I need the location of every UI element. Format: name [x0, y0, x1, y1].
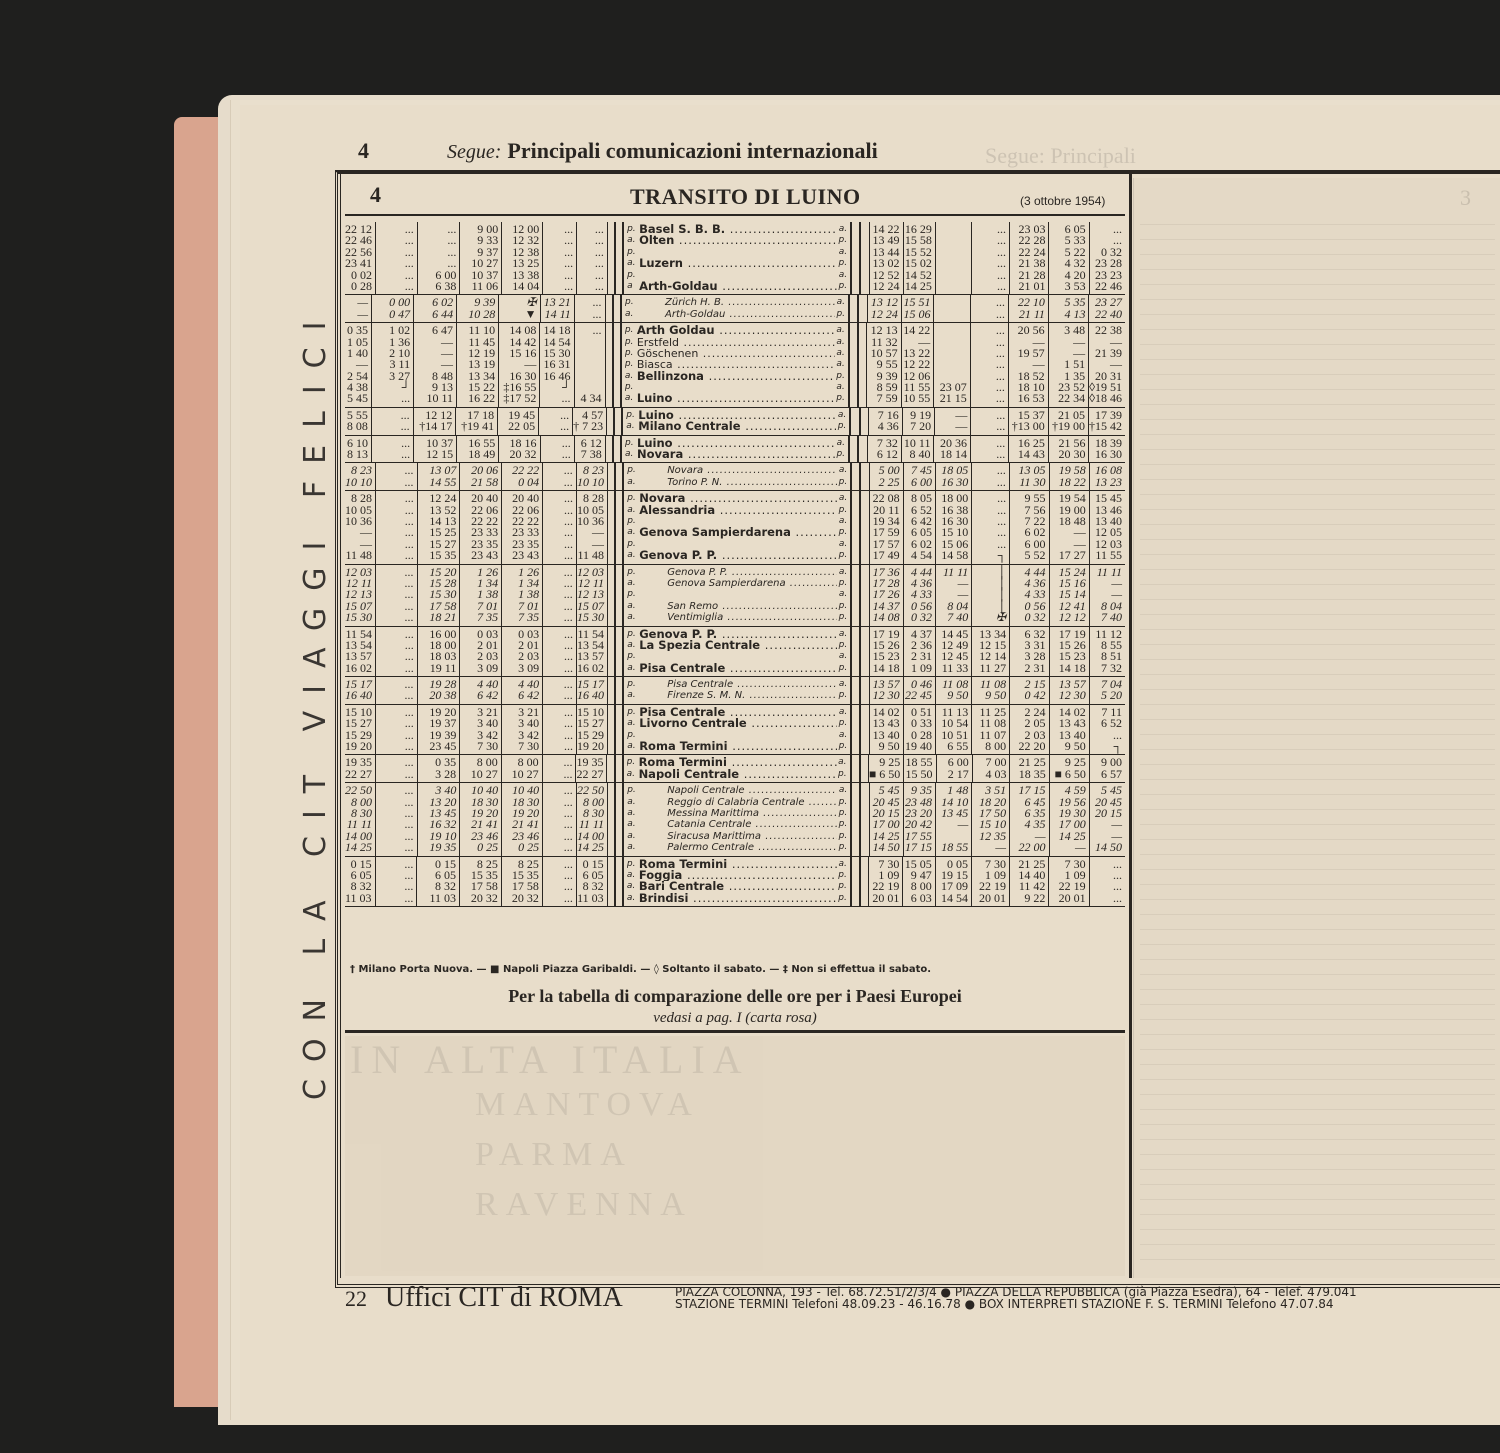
time-cell: 15 30: [345, 612, 372, 623]
time-cell: 12 24: [868, 309, 898, 320]
time-column: 1 261 341 387 017 35: [502, 565, 543, 626]
time-column: ..................: [543, 491, 577, 563]
arr-dep-marker: a.: [627, 258, 639, 269]
time-cell: 14 50: [870, 842, 900, 853]
time-column: 18 5515 50: [904, 755, 936, 782]
time-cell: ✠: [972, 612, 1006, 623]
time-cell: 16 40: [577, 690, 604, 701]
station-list: p.Genova P. P.a.a.Genova Sampierdarenap.…: [624, 565, 852, 626]
direction-line: [607, 755, 623, 782]
time-cell: 10 27: [502, 769, 539, 780]
arr-dep-marker: a: [627, 281, 639, 292]
time-cell: ...: [540, 393, 570, 404]
time-cell: 5 20: [1090, 690, 1122, 701]
station-row: p.Luinoa.: [625, 438, 845, 449]
arr-dep-marker: a.: [837, 707, 847, 718]
time-column: ......: [971, 436, 1009, 463]
time-cell: 15 06: [902, 309, 931, 320]
arr-dep-marker: a.: [835, 325, 845, 336]
time-cell: —: [1050, 842, 1086, 853]
time-cell: †13 00: [1009, 421, 1044, 432]
time-column: 21 2514 4011 429 22: [1010, 857, 1049, 907]
time-cell: 20 01: [1049, 893, 1085, 904]
arr-dep-marker: p.: [625, 382, 637, 393]
arr-dep-marker: p.: [837, 842, 847, 853]
time-column: 0 0519 1517 0914 54: [936, 857, 972, 907]
station-row: a.Firenze S. M. N.p.: [627, 690, 847, 701]
time-cell: 22 45: [904, 690, 932, 701]
time-cell: [934, 348, 967, 359]
time-column: 4 406 42: [460, 677, 502, 704]
time-cell: 12 30: [1050, 690, 1086, 701]
arr-dep-marker: p.: [627, 493, 639, 504]
timetable-block: 11 5413 5413 5716 02............16 0018 …: [345, 627, 1125, 678]
time-column: ..................: [376, 222, 418, 294]
time-column: 22 38—21 39—20 31◊19 51◊18 46: [1089, 323, 1125, 407]
arr-dep-marker: a.: [627, 718, 639, 729]
arr-dep-marker: a.: [625, 393, 637, 404]
time-column: 14 0814 4215 16—16 30‡16 55‡17 52: [499, 323, 540, 407]
arr-dep-marker: p.: [627, 757, 639, 768]
time-cell: 3 09: [502, 663, 539, 674]
time-cell: ...: [376, 842, 414, 853]
time-column: 7 116 52...┐: [1090, 705, 1125, 755]
time-column: ......: [543, 463, 577, 490]
station-list: p.Pisa Centralea.a.Livorno Centralep.p.a…: [624, 705, 852, 755]
time-cell: ...: [372, 393, 410, 404]
time-cell: 3 28: [418, 769, 456, 780]
time-column: 4 372 362 311 09: [904, 627, 936, 677]
time-cell: 14 25: [345, 842, 372, 853]
time-column: 9 3910 28: [457, 295, 499, 322]
station-row: a.Foggiap.: [627, 870, 847, 881]
time-cell: 11 48: [345, 550, 372, 561]
time-cell: —: [345, 309, 368, 320]
time-column: 6 002 17: [937, 755, 973, 782]
arr-dep-marker: p.: [836, 421, 846, 432]
arr-dep-marker: p.: [627, 465, 639, 476]
time-cell: 18 49: [457, 449, 495, 460]
arr-dep-marker: p.: [625, 325, 637, 336]
time-column: 0 351 051 40—2 544 385 45: [345, 323, 372, 407]
time-column: [936, 222, 972, 294]
time-column: 8 2310 10: [345, 463, 376, 490]
time-column: 20 3618 14: [934, 436, 971, 463]
time-cell: ...: [971, 449, 1005, 460]
time-cell: 14 25: [904, 281, 932, 292]
station-name: San Remo: [639, 601, 837, 612]
time-cell: 23 45: [418, 741, 457, 752]
time-cell: ...: [971, 309, 1005, 320]
time-cell: 16 30: [936, 477, 968, 488]
time-cell: [575, 359, 602, 370]
time-column: 12 12†14 17: [414, 408, 457, 435]
station-row: a.Luinop.: [625, 393, 845, 404]
time-cell: ...: [543, 663, 573, 674]
direction-line: [852, 491, 870, 563]
time-column: 19 2019 3719 3923 45: [418, 705, 461, 755]
time-cell: ...: [543, 690, 573, 701]
time-column: 11 089 50: [972, 677, 1010, 704]
station-name: Siracusa Marittima: [639, 831, 837, 842]
time-column: 15 1015 2715 2919 20: [577, 705, 608, 755]
time-column: ......: [539, 408, 573, 435]
arr-dep-marker: a.: [627, 640, 639, 651]
station-row: a.Messina Marittimap.: [627, 808, 847, 819]
time-column: 17 18†19 41: [456, 408, 498, 435]
time-cell: 8 40: [902, 449, 931, 460]
time-cell: ...: [1090, 893, 1122, 904]
time-column: ..................: [376, 491, 418, 563]
time-column: 14 0213 4313 409 50: [870, 705, 904, 755]
time-column: 0 156 058 3211 03: [417, 857, 460, 907]
time-cell: [936, 281, 968, 292]
direction-line: [852, 705, 870, 755]
time-column: 8 2810 0510 36——11 48: [577, 491, 608, 563]
time-cell: 22 27: [576, 769, 603, 780]
time-column: 4 444 364 330 560 32: [1010, 565, 1049, 626]
station-name: Luino: [637, 438, 835, 449]
time-column: ——: [345, 295, 372, 322]
station-name: Roma Termini: [639, 741, 837, 752]
station-name: Torino P. N.: [639, 477, 837, 488]
arr-dep-marker: a.: [627, 741, 639, 752]
time-column: ......: [543, 755, 577, 782]
arr-dep-marker: a.: [835, 438, 845, 449]
time-column: 5 002 25: [870, 463, 904, 490]
time-column: 7 456 00: [904, 463, 936, 490]
time-cell: 0 42: [1010, 690, 1045, 701]
station-row: a.Bari Centralep.: [627, 881, 847, 892]
time-column: 19 5818 22: [1050, 463, 1090, 490]
time-column: ✠▼: [499, 295, 540, 322]
timetable-block: 22 508 008 3011 1114 0014 25............…: [345, 783, 1125, 856]
station-name: Messina Marittima: [639, 808, 837, 819]
time-cell: 12 15: [414, 449, 453, 460]
time-column: 15 1716 40: [577, 677, 608, 704]
time-cell: ...: [539, 421, 569, 432]
time-column: 17 3617 2817 2614 3714 08: [870, 565, 904, 626]
time-column: 21 2518 35: [1010, 755, 1049, 782]
ghost-ad-text: MANTOVA: [475, 1086, 700, 1124]
station-row: a.Genova Sampierdarenap.: [627, 527, 847, 538]
direction-line: [850, 436, 868, 463]
time-column: 9 009 339 3710 2710 3711 06: [460, 222, 502, 294]
station-row: p.a.: [627, 516, 847, 527]
time-column: 11 1011 4512 1913 1913 3415 2216 22: [457, 323, 499, 407]
station-name: Biasca: [637, 359, 835, 370]
time-column: 5 4520 4520 15——14 50: [1090, 783, 1125, 855]
time-column: 20 4022 0622 2223 3323 3523 43: [502, 491, 543, 563]
station-name: Arth-Goldau: [637, 309, 835, 320]
arr-dep-marker: a.: [625, 309, 637, 320]
arr-dep-marker: p.: [837, 718, 847, 729]
station-list: p.Genova P. P.a.a.La Spezia Centralep.p.…: [624, 627, 852, 677]
time-column: 14 4512 4912 4511 33: [936, 627, 972, 677]
time-cell: 7 30: [502, 741, 539, 752]
time-cell: 14 58: [936, 550, 968, 561]
time-cell: [936, 270, 968, 281]
time-cell: 7 30: [460, 741, 498, 752]
direction-line: [606, 323, 622, 407]
time-cell: 7 40: [1090, 612, 1122, 623]
station-list: p.Basel S. B. B.a.a.Oltenp.p.a.a.Luzernp…: [624, 222, 852, 294]
time-cell: †19 00: [1049, 421, 1085, 432]
station-list: p.Arth Goldaua.p.Erstfelda.p.Göschenena.…: [622, 323, 850, 407]
time-cell: ...: [972, 477, 1006, 488]
station-name: Luzern: [639, 258, 837, 269]
arr-dep-marker: a.: [627, 601, 639, 612]
time-cell: 21 11: [1009, 309, 1045, 320]
timetable-block: 0 351 051 40—2 544 385 451 021 362 103 1…: [345, 323, 1125, 408]
arr-dep-marker: a.: [835, 348, 845, 359]
direction-line: [852, 755, 869, 782]
time-column: ......: [376, 463, 418, 490]
arr-dep-marker: a.: [627, 881, 639, 892]
station-list: p.Roma Terminia.a.Napoli Centralep.: [624, 755, 852, 782]
arr-dep-marker: p.: [627, 567, 639, 578]
time-cell: [936, 258, 968, 269]
time-cell: ...: [543, 281, 573, 292]
arr-dep-marker: p.: [837, 505, 847, 516]
time-column: 19 3522 27: [345, 755, 376, 782]
time-column: 4 5919 5619 3017 0014 25—: [1050, 783, 1090, 855]
time-column: 20 0621 58: [460, 463, 502, 490]
time-column: 10 4018 3019 2021 4123 460 25: [460, 783, 502, 855]
time-cell: 7 32: [1090, 663, 1122, 674]
arr-dep-marker: a.: [837, 730, 847, 741]
time-cell: ...: [543, 769, 573, 780]
arr-dep-marker: a.: [837, 651, 847, 662]
timetable-block: 22 1222 4622 5623 410 020 28............…: [345, 222, 1125, 295]
station-name: Livorno Centrale: [639, 718, 837, 729]
time-column: 15 2415 1615 1412 4112 12: [1050, 565, 1090, 626]
time-column: 7 301 0922 1920 01: [1049, 857, 1089, 907]
time-column: ......0 3223 2823 2322 46: [1090, 222, 1125, 294]
arr-dep-marker: a.: [626, 421, 638, 432]
station-row: a.Novarap.: [625, 449, 845, 460]
arr-dep-marker: a.: [837, 589, 847, 600]
time-column: 22 1222 4622 5623 410 020 28: [345, 222, 376, 294]
time-column: 0 353 28: [418, 755, 460, 782]
time-cell: ◊18 46: [1089, 393, 1122, 404]
time-cell: ...: [376, 663, 414, 674]
promo-divider: [345, 1030, 1125, 1033]
arr-dep-marker: p.: [627, 224, 639, 235]
arr-dep-marker: p.: [627, 785, 639, 796]
station-row: p.a.: [627, 270, 847, 281]
arr-dep-marker: a.: [837, 539, 847, 550]
arr-dep-marker: a.: [837, 247, 847, 258]
time-column: 5 4520 4520 1517 0014 2514 50: [870, 783, 904, 855]
time-column: 7 004 03: [973, 755, 1011, 782]
time-column: 15 1015 2715 2919 20: [345, 705, 376, 755]
station-list: p.Luinoa.a.Novarap.: [622, 436, 850, 463]
footer-address-line-2: STAZIONE TERMINI Telefoni 48.09.23 - 46.…: [675, 1298, 1334, 1310]
time-cell: 9 22: [1010, 893, 1045, 904]
time-column: 15 059 478 006 03: [903, 857, 935, 907]
time-column: ..................: [972, 222, 1010, 294]
arr-dep-marker: p.: [837, 527, 847, 538]
time-column: 13 2114 11: [541, 295, 575, 322]
time-column: 9 197 20: [903, 408, 935, 435]
time-cell: [934, 359, 967, 370]
time-column: ......: [372, 408, 414, 435]
time-cell: ...: [376, 281, 414, 292]
station-row: a.Bellinzonap.: [625, 371, 845, 382]
down-arrow-icon: [608, 222, 624, 294]
arr-dep-marker: a.: [627, 870, 639, 881]
time-cell: ▼: [499, 309, 536, 320]
station-row: p.a.: [627, 247, 847, 258]
arr-dep-marker: p.: [837, 870, 847, 881]
time-column: ...............┐: [972, 491, 1010, 563]
station-name: Genova Sampierdarena: [639, 578, 837, 589]
time-column: 8 2515 3517 5820 32: [460, 857, 502, 907]
time-column: 3 4013 2013 4516 3219 1019 35: [418, 783, 461, 855]
time-cell: 16 30: [1089, 449, 1122, 460]
time-cell: 20 32: [460, 893, 498, 904]
up-arrow-icon: [852, 222, 870, 294]
time-column: 13 5712 30: [870, 677, 904, 704]
arr-dep-marker: p.: [837, 831, 847, 842]
station-row: aArth-Goldaup.: [627, 281, 847, 292]
arr-dep-marker: p.: [837, 663, 847, 674]
arr-dep-marker: p.: [627, 270, 639, 281]
station-name: Genova Sampierdarena: [639, 527, 837, 538]
ghost-header-showthrough: Segue: Principali: [985, 143, 1136, 169]
time-cell: 22 00: [1010, 842, 1045, 853]
station-row: p.Roma Terminia.: [627, 757, 847, 768]
time-column: 4 57† 7 23: [573, 408, 607, 435]
time-cell: 8 00: [972, 741, 1006, 752]
time-cell: 14 54: [936, 893, 968, 904]
time-cell: 16 40: [345, 690, 372, 701]
arr-dep-marker: p.: [835, 393, 845, 404]
time-cell: [936, 224, 968, 235]
time-column: ............: [376, 627, 418, 677]
time-column: 7 301 0922 1920 01: [972, 857, 1010, 907]
arr-dep-marker: p.: [627, 859, 639, 870]
time-cell: 11 03: [417, 893, 456, 904]
time-cell: 21 15: [934, 393, 967, 404]
timetable-block: 6 108 13......10 3712 1516 5518 4918 162…: [345, 436, 1125, 464]
time-cell: 7 35: [460, 612, 498, 623]
station-row: a.Catania Centralep.: [627, 819, 847, 830]
time-cell: 19 20: [345, 741, 372, 752]
arr-dep-marker: p.: [837, 550, 847, 561]
station-row: a.Siracusa Marittimap.: [627, 831, 847, 842]
time-cell: 11 27: [972, 663, 1006, 674]
time-column: ...............: [376, 565, 418, 626]
arr-dep-marker: p.: [625, 348, 637, 359]
time-column: 12 2413 5214 1315 2515 2715 35: [418, 491, 461, 563]
time-column: ——: [935, 408, 971, 435]
time-cell: 17 27: [1050, 550, 1086, 561]
direction-line: [852, 783, 870, 855]
time-column: 22 0820 1119 3417 5917 5717 49: [870, 491, 904, 563]
time-column: 8 0010 27: [460, 755, 502, 782]
time-column: 16 0813 23: [1090, 463, 1125, 490]
direction-line: [852, 463, 870, 490]
time-column: 10 4018 3019 2021 4123 460 25: [502, 783, 543, 855]
time-column: 3 5118 2017 5015 1012 35—: [972, 783, 1010, 855]
time-cell: ‡17 52: [499, 393, 536, 404]
station-row: a.Torino P. N.p.: [627, 477, 847, 488]
timetable-block: 5 558 08......12 12†14 1717 18†19 4119 4…: [345, 408, 1125, 436]
time-column: ...4 34: [575, 323, 606, 407]
time-column: 6 323 313 282 31: [1010, 627, 1049, 677]
time-column: 10 3712 15: [414, 436, 457, 463]
time-cell: 9 50: [936, 690, 968, 701]
station-list: p.Luinoa.a.Milano Centralep.: [623, 408, 851, 435]
station-list: p.Zürich H. B.a.a.Arth-Goldaup.: [622, 295, 850, 322]
table-title: TRANSITO DI LUINO: [630, 184, 861, 210]
time-column: 4 444 364 330 560 32: [904, 565, 936, 626]
time-column: ............: [543, 627, 577, 677]
time-column: 2 150 42: [1010, 677, 1049, 704]
time-cell: 17 49: [870, 550, 900, 561]
station-row: a.Milano Centralep.: [626, 421, 846, 432]
arr-dep-marker: a.: [835, 382, 845, 393]
time-column: 8 2810 0510 36——11 48: [345, 491, 376, 563]
arr-dep-marker: p.: [625, 337, 637, 348]
station-name: Novara: [637, 449, 835, 460]
time-cell: 2 17: [937, 769, 969, 780]
time-cell: 8 08: [345, 421, 368, 432]
time-column: ..................: [543, 783, 577, 855]
page-footer: 22 Uffici CIT di ROMA PIAZZA COLONNA, 19…: [345, 1284, 1495, 1324]
time-column: 22 1021 11: [1009, 295, 1049, 322]
time-cell: 4 34: [575, 393, 602, 404]
time-cell: —: [936, 819, 968, 830]
time-cell: 19 11: [418, 663, 457, 674]
arr-dep-marker: a.: [627, 235, 639, 246]
time-cell: 9 50: [972, 690, 1006, 701]
time-column: 0 156 058 3211 03: [577, 857, 608, 907]
station-name: Bari Centrale: [639, 881, 837, 892]
time-cell: †15 42: [1089, 421, 1122, 432]
arr-dep-marker: p.: [837, 881, 847, 892]
time-cell: 5 52: [1010, 550, 1045, 561]
time-column: 23 2722 40: [1089, 295, 1125, 322]
time-cell: 9 50: [1050, 741, 1086, 752]
footer-page-number: 22: [345, 1286, 367, 1312]
arr-dep-marker: p.: [837, 893, 847, 904]
time-column: 3 213 403 427 30: [502, 705, 543, 755]
station-row: p.Novaraa.: [627, 493, 847, 504]
time-column: ││││✠: [972, 565, 1010, 626]
arr-dep-marker: a.: [627, 831, 639, 842]
station-name: Pisa Centrale: [639, 663, 837, 674]
time-cell: 7 35: [502, 612, 539, 623]
time-cell: 20 30: [1049, 449, 1086, 460]
time-cell: 18 35: [1010, 769, 1045, 780]
timetable-block: 0 156 058 3211 03............0 156 058 3…: [345, 857, 1125, 908]
time-cell: ...: [543, 550, 573, 561]
arr-dep-marker: a.: [627, 612, 639, 623]
time-cell: [934, 325, 967, 336]
station-name: Novara: [639, 465, 837, 476]
time-column: ............: [543, 857, 577, 907]
time-column: 6 026 44: [414, 295, 457, 322]
time-column: 1 4814 1013 45—18 55: [936, 783, 972, 855]
arr-dep-marker: p.: [837, 819, 847, 830]
arr-dep-marker: a.: [837, 465, 847, 476]
timetable-block: 15 1015 2715 2919 20............19 2019 …: [345, 705, 1125, 756]
time-column: 3 48——1 511 3523 5222 34: [1049, 323, 1090, 407]
time-cell: ┐: [972, 550, 1006, 561]
